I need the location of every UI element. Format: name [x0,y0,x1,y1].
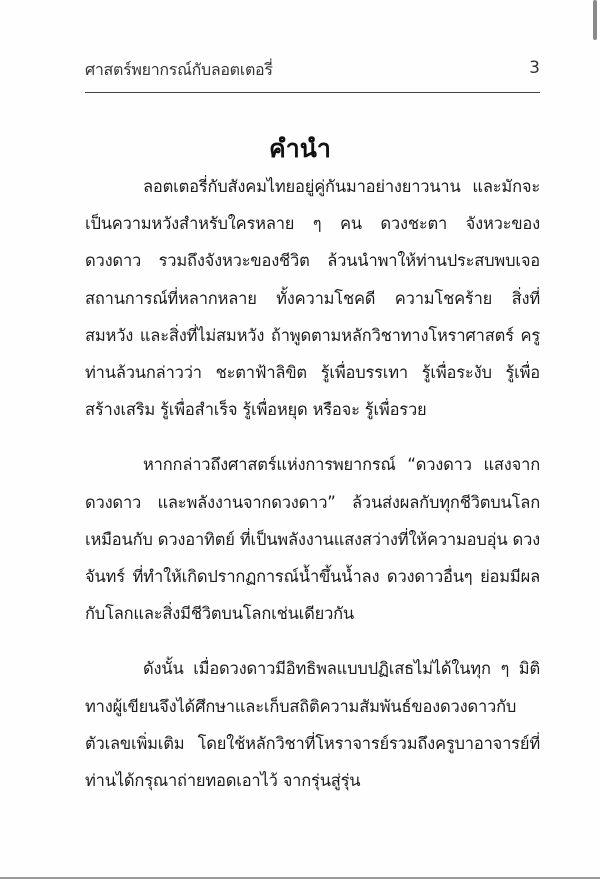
paragraph-2: หากกล่าวถึงศาสตร์แห่งการพยากรณ์ “ดวงดาว … [85,446,540,632]
paragraph-1: ลอตเตอรี่กับสังคมไทยอยู่คู่กันมาอย่างยาว… [85,168,540,428]
page-number: 3 [529,58,540,78]
running-title: ศาสตร์พยากรณ์กับลอตเตอรี่ [85,58,273,83]
page-header: ศาสตร์พยากรณ์กับลอตเตอรี่ 3 [85,52,540,93]
body-text: ลอตเตอรี่กับสังคมไทยอยู่คู่กันมาอย่างยาว… [85,168,540,817]
scrollbar-thumb[interactable] [593,0,597,40]
paragraph-3: ดังนั้น เมื่อดวงดาวมีอิทธิพลแบบปฏิเสธไม่… [85,650,540,799]
chapter-title: คำนำ [0,129,600,169]
